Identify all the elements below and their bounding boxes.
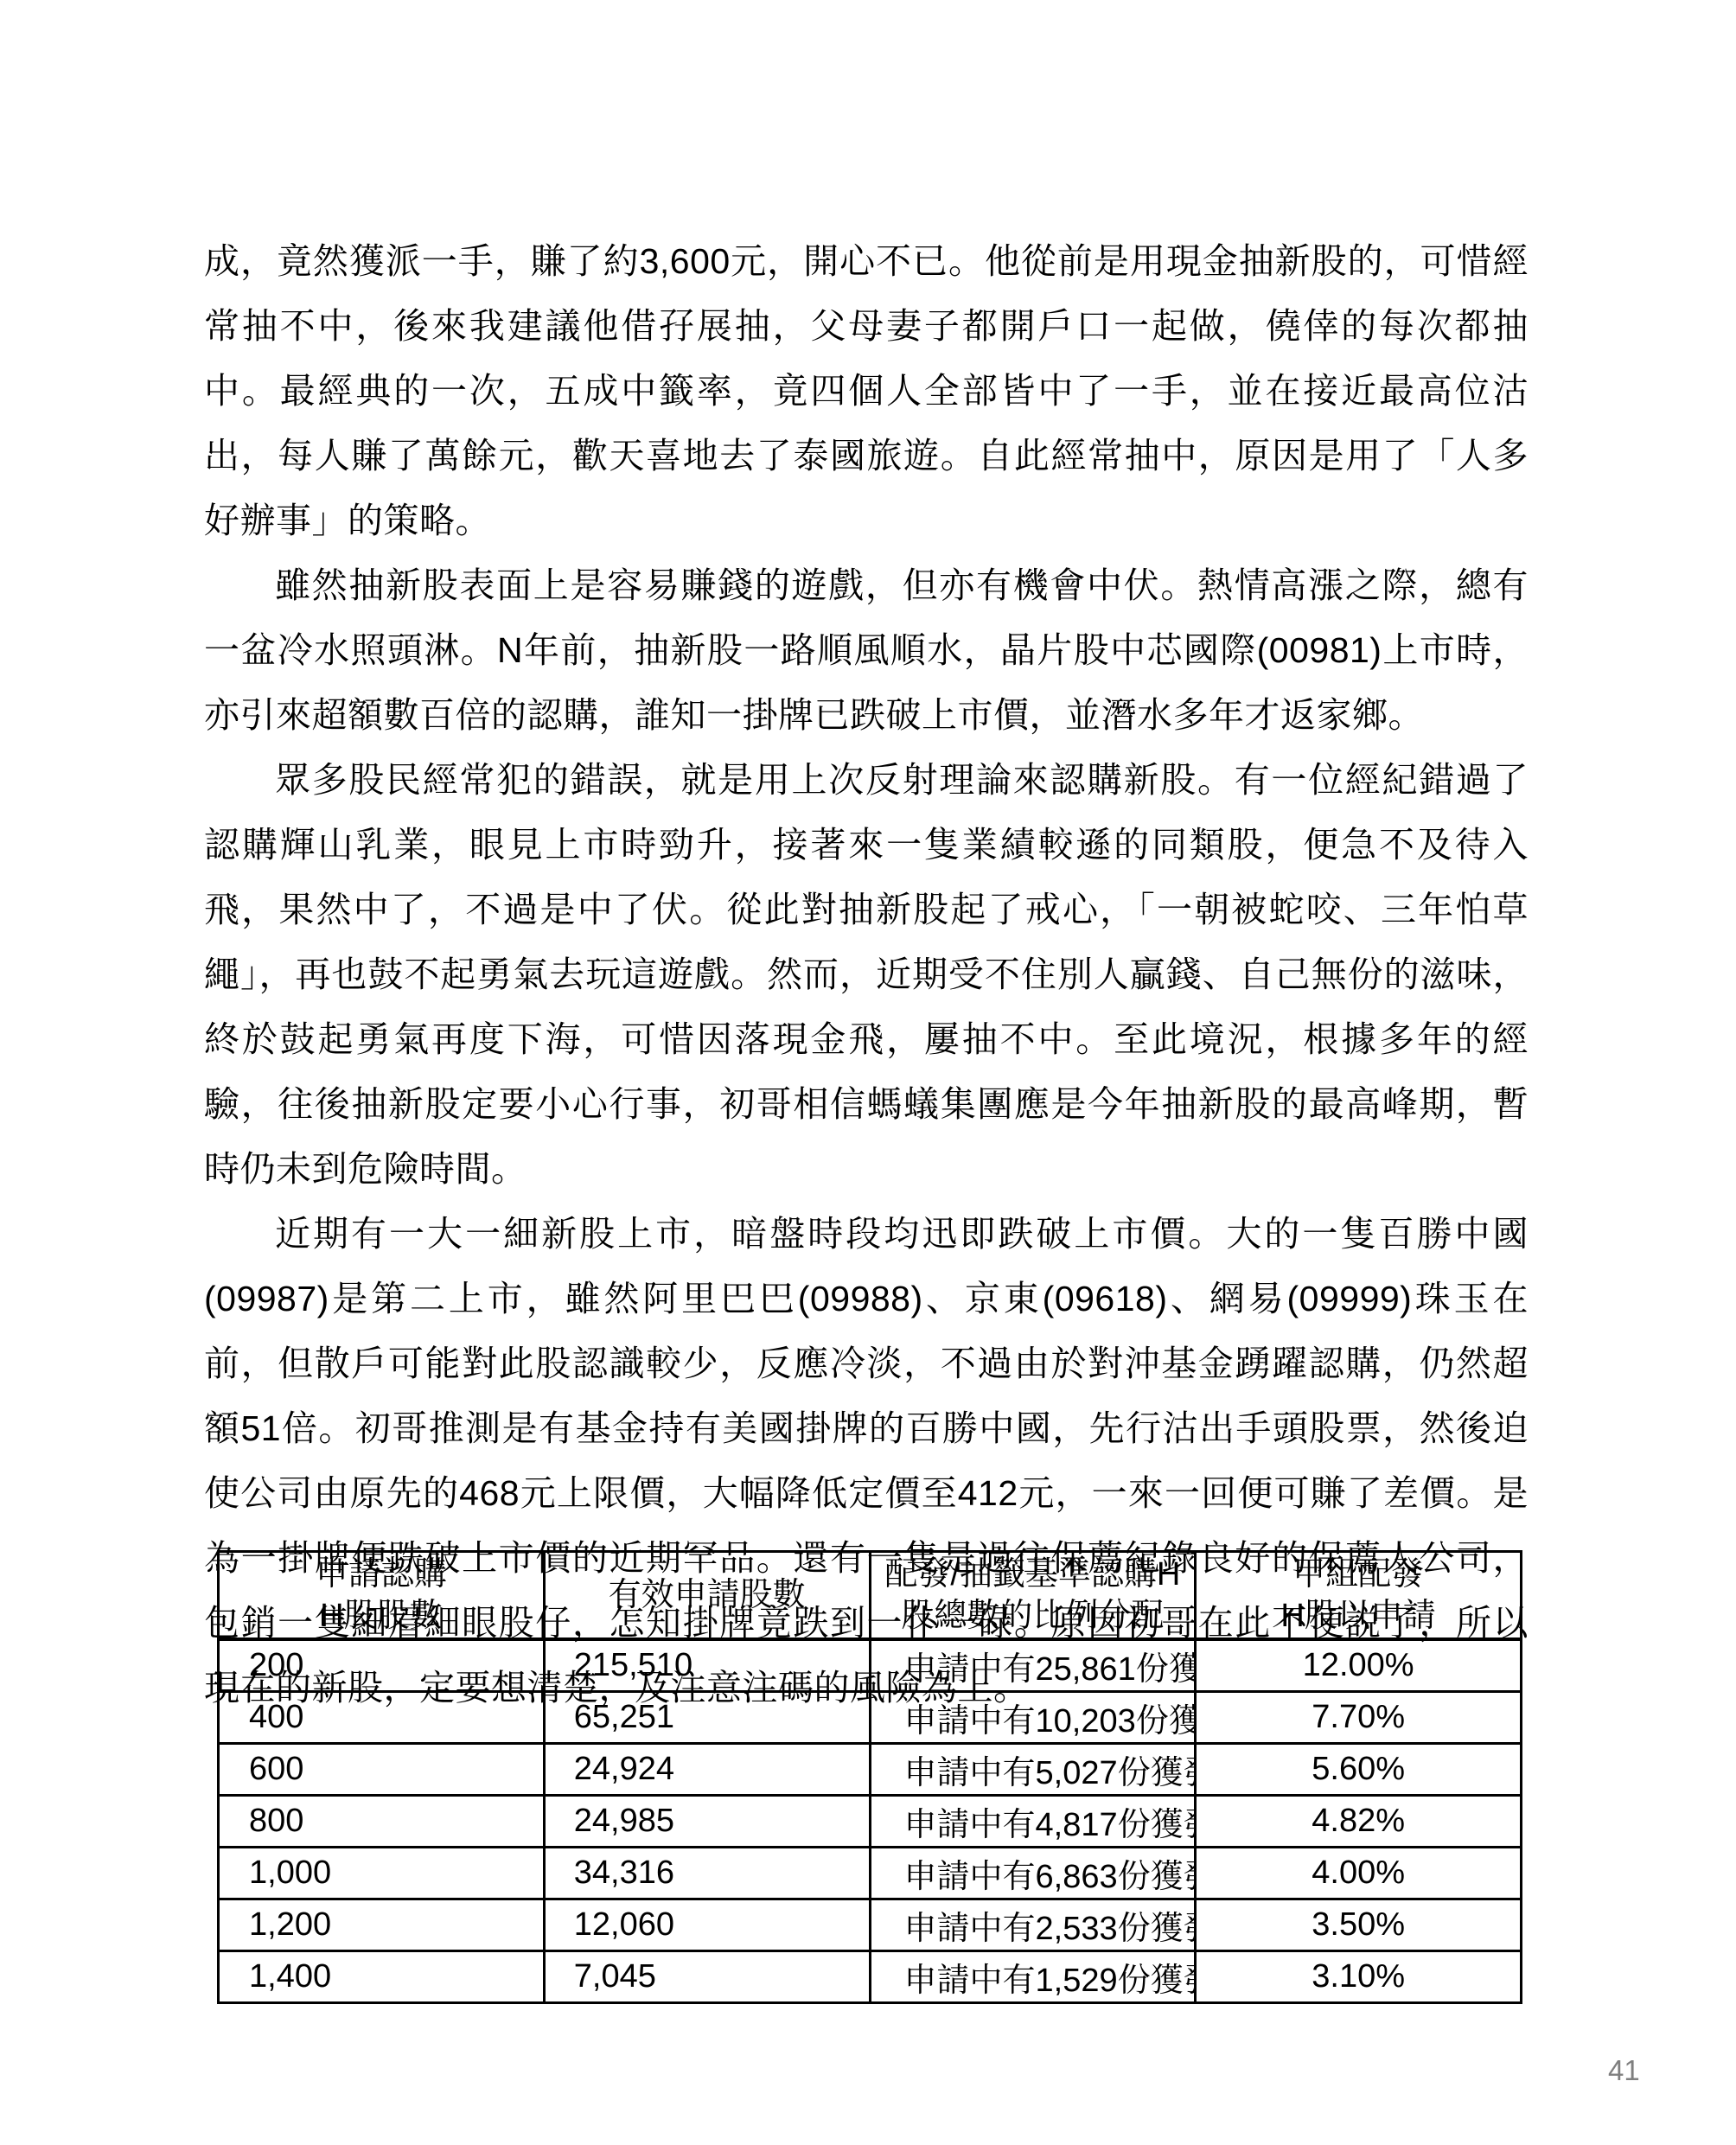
valid-applications-cell: 215,510 bbox=[544, 1639, 870, 1692]
column-header: 有效申請股數 bbox=[544, 1552, 870, 1640]
allocation-percentage-cell: 3.10% bbox=[1196, 1951, 1522, 2003]
allocation-basis-cell: 申請中有10,203份獲發200股股份 bbox=[870, 1692, 1196, 1744]
valid-applications-cell: 34,316 bbox=[544, 1848, 870, 1899]
allocation-percentage-cell: 12.00% bbox=[1196, 1639, 1522, 1692]
table-row: 40065,251申請中有10,203份獲發200股股份7.70% bbox=[219, 1692, 1522, 1744]
page-number: 41 bbox=[1608, 2054, 1640, 2087]
document-page: 成，竟然獲派一手，賺了約3,600元，開心不已。他從前是用現金抽新股的，可惜經常… bbox=[0, 0, 1736, 2145]
allocation-percentage-cell: 3.50% bbox=[1196, 1899, 1522, 1951]
allocation-basis-cell: 申請中有2,533份獲發200股股份 bbox=[870, 1899, 1196, 1951]
allocation-basis-cell: 申請中有25,861份獲發200股股份 bbox=[870, 1639, 1196, 1692]
allocation-percentage-cell: 4.82% bbox=[1196, 1796, 1522, 1848]
table-body: 200215,510申請中有25,861份獲發200股股份12.00%40065… bbox=[219, 1639, 1522, 2003]
applied-h-shares-cell: 1,400 bbox=[219, 1951, 545, 2003]
valid-applications-cell: 24,985 bbox=[544, 1796, 870, 1848]
allocation-basis-cell: 申請中有5,027份獲發200股股份 bbox=[870, 1744, 1196, 1796]
column-header: 配發/抽籤基準認購H股總數的比例分配 bbox=[870, 1552, 1196, 1640]
allocation-basis-cell: 申請中有1,529份獲發200股股份 bbox=[870, 1951, 1196, 2003]
paragraph: 成，竟然獲派一手，賺了約3,600元，開心不已。他從前是用現金抽新股的，可惜經常… bbox=[204, 229, 1529, 553]
allocation-percentage-cell: 4.00% bbox=[1196, 1848, 1522, 1899]
table-row: 1,00034,316申請中有6,863份獲發200股股份4.00% bbox=[219, 1848, 1522, 1899]
table-row: 1,20012,060申請中有2,533份獲發200股股份3.50% bbox=[219, 1899, 1522, 1951]
applied-h-shares-cell: 1,000 bbox=[219, 1848, 545, 1899]
table-header: 申請認購 H股股數有效申請股數配發/抽籤基準認購H股總數的比例分配甲組配發 H股… bbox=[219, 1552, 1522, 1640]
applied-h-shares-cell: 200 bbox=[219, 1639, 545, 1692]
valid-applications-cell: 7,045 bbox=[544, 1951, 870, 2003]
table-header-row: 申請認購 H股股數有效申請股數配發/抽籤基準認購H股總數的比例分配甲組配發 H股… bbox=[219, 1552, 1522, 1640]
column-header: 甲組配發 H股以申請 bbox=[1196, 1552, 1522, 1640]
paragraph: 眾多股民經常犯的錯誤，就是用上次反射理論來認購新股。有一位經紀錯過了認購輝山乳業… bbox=[204, 748, 1529, 1202]
valid-applications-cell: 12,060 bbox=[544, 1899, 870, 1951]
table-row: 80024,985申請中有4,817份獲發200股股份4.82% bbox=[219, 1796, 1522, 1848]
applied-h-shares-cell: 400 bbox=[219, 1692, 545, 1744]
column-header: 申請認購 H股股數 bbox=[219, 1552, 545, 1640]
valid-applications-cell: 65,251 bbox=[544, 1692, 870, 1744]
allocation-percentage-cell: 5.60% bbox=[1196, 1744, 1522, 1796]
applied-h-shares-cell: 800 bbox=[219, 1796, 545, 1848]
valid-applications-cell: 24,924 bbox=[544, 1744, 870, 1796]
paragraph: 雖然抽新股表面上是容易賺錢的遊戲，但亦有機會中伏。熱情高漲之際，總有一盆冷水照頭… bbox=[204, 553, 1529, 748]
table-row: 200215,510申請中有25,861份獲發200股股份12.00% bbox=[219, 1639, 1522, 1692]
table-row: 60024,924申請中有5,027份獲發200股股份5.60% bbox=[219, 1744, 1522, 1796]
applied-h-shares-cell: 600 bbox=[219, 1744, 545, 1796]
article-text: 成，竟然獲派一手，賺了約3,600元，開心不已。他從前是用現金抽新股的，可惜經常… bbox=[204, 229, 1529, 1720]
allocation-basis-cell: 申請中有4,817份獲發200股股份 bbox=[870, 1796, 1196, 1848]
applied-h-shares-cell: 1,200 bbox=[219, 1899, 545, 1951]
allocation-table: 申請認購 H股股數有效申請股數配發/抽籤基準認購H股總數的比例分配甲組配發 H股… bbox=[217, 1550, 1522, 2004]
allocation-percentage-cell: 7.70% bbox=[1196, 1692, 1522, 1744]
table-row: 1,4007,045申請中有1,529份獲發200股股份3.10% bbox=[219, 1951, 1522, 2003]
allocation-basis-cell: 申請中有6,863份獲發200股股份 bbox=[870, 1848, 1196, 1899]
